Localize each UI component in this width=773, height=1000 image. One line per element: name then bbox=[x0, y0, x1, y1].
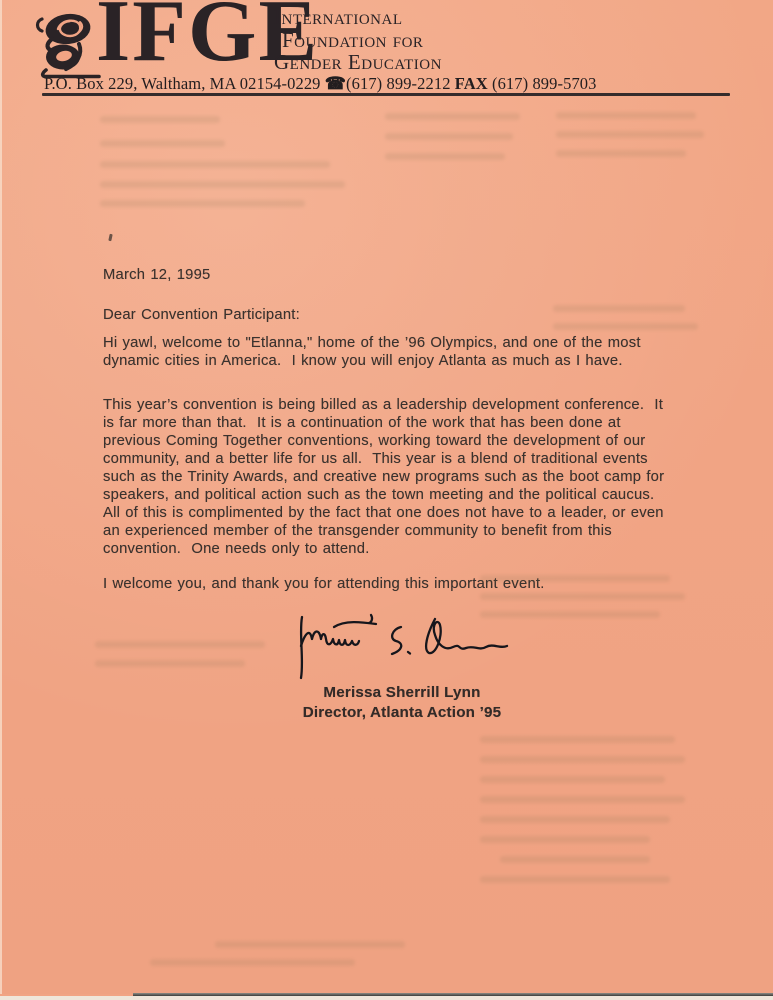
bleed-through-smudge bbox=[480, 816, 670, 823]
org-name-line-1: International bbox=[274, 6, 442, 29]
signature-block: Merissa Sherrill Lynn Director, Atlanta … bbox=[252, 683, 552, 722]
signer-title: Director, Atlanta Action ’95 bbox=[252, 703, 552, 723]
letter-date: March 12, 1995 bbox=[103, 266, 723, 284]
bleed-through-smudge bbox=[553, 305, 685, 312]
bleed-through-smudge bbox=[100, 116, 220, 123]
signature-handwritten bbox=[282, 610, 510, 686]
bleed-through-smudge bbox=[480, 575, 670, 582]
bleed-through-smudge bbox=[215, 941, 405, 948]
bleed-through-smudge bbox=[100, 140, 225, 147]
bleed-through-smudge bbox=[150, 959, 355, 966]
bleed-through-smudge bbox=[385, 133, 513, 140]
paragraph-2: This year’s convention is being billed a… bbox=[103, 396, 723, 558]
signer-name: Merissa Sherrill Lynn bbox=[252, 683, 552, 703]
bleed-through-smudge bbox=[556, 150, 686, 157]
bleed-through-smudge bbox=[100, 181, 345, 188]
bleed-through-smudge bbox=[480, 796, 685, 803]
page-bottom-edge-shadow bbox=[133, 993, 773, 996]
bleed-through-smudge bbox=[556, 112, 696, 119]
bleed-through-smudge bbox=[95, 641, 265, 648]
org-name-line-3: Gender Education bbox=[274, 51, 442, 74]
org-name-line-2: Foundation for bbox=[282, 29, 442, 52]
telephone-icon: ☎ bbox=[325, 74, 346, 93]
bleed-through-smudge bbox=[100, 161, 330, 168]
bleed-through-smudge bbox=[480, 836, 650, 843]
bleed-through-smudge bbox=[385, 153, 505, 160]
ifge-rose-g-logo bbox=[33, 8, 105, 82]
bleed-through-smudge bbox=[480, 611, 660, 618]
paragraph-1: Hi yawl, welcome to "Etlanna," home of t… bbox=[103, 334, 723, 370]
bleed-through-smudge bbox=[95, 660, 245, 667]
bleed-through-smudge bbox=[556, 131, 704, 138]
org-name: International Foundation for Gender Educ… bbox=[274, 6, 442, 74]
letterhead-rule bbox=[42, 93, 730, 96]
bleed-through-smudge bbox=[480, 876, 670, 883]
fax-number: (617) 899-5703 bbox=[488, 74, 597, 93]
phone-number: (617) 899-2212 bbox=[346, 74, 455, 93]
letterhead-address: P.O. Box 229, Waltham, MA 02154-0229 ☎(6… bbox=[44, 74, 597, 94]
po-box-address: P.O. Box 229, Waltham, MA 02154-0229 bbox=[44, 74, 325, 93]
scan-bottom-paper-sliver bbox=[0, 994, 133, 996]
bleed-through-smudge bbox=[385, 113, 520, 120]
bleed-through-smudge bbox=[553, 323, 698, 330]
bleed-through-smudge bbox=[480, 776, 665, 783]
bleed-through-smudge bbox=[480, 736, 675, 743]
scan-left-edge bbox=[0, 0, 2, 1000]
bleed-through-smudge bbox=[500, 856, 650, 863]
bleed-through-smudge bbox=[480, 593, 685, 600]
fax-label: FAX bbox=[455, 74, 488, 93]
bleed-through-smudge bbox=[100, 200, 305, 207]
bleed-through-smudge bbox=[480, 756, 685, 763]
scanned-letter-screenshot: IFGE International Foundation for Gender… bbox=[0, 0, 773, 1000]
